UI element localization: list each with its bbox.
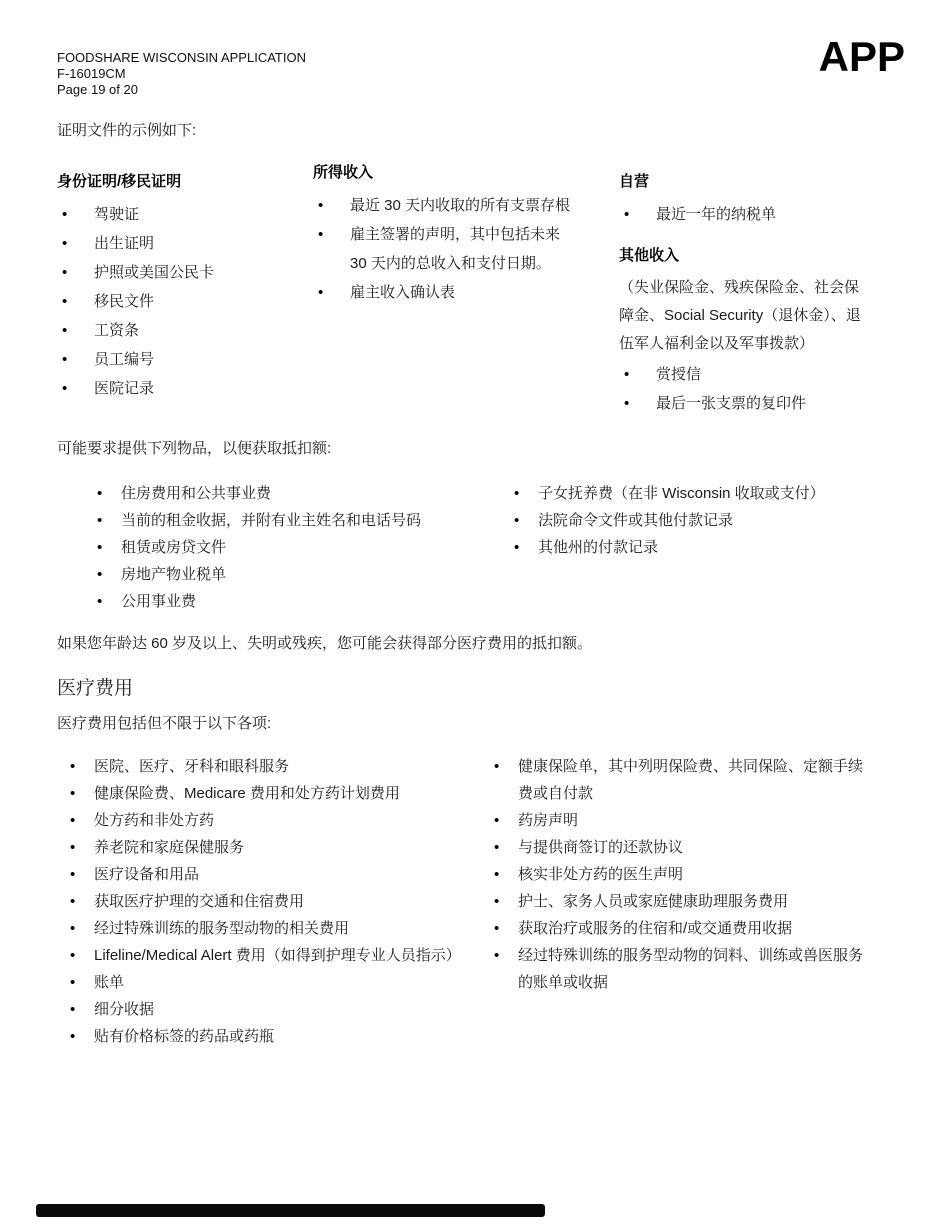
bullet-icon: • [68,996,94,1023]
bullet-icon: • [619,360,656,389]
list-item: •Lifeline/Medical Alert 费用（如得到护理专业人员指示） [68,942,492,969]
bullet-icon: • [95,480,121,507]
app-corner-mark: APP [819,36,905,78]
bullet-icon: • [68,888,94,915]
list-item: •经过特殊训练的服务型动物的饲料、训练或兽医服务 的账单或收据 [492,942,895,996]
medical-right-column: •健康保险单，其中列明保险费、共同保险、定额手续 费或自付款 •药房声明 •与提… [492,753,905,1050]
proof-intro: 证明文件的示例如下: [57,120,905,142]
bullet-icon: • [68,942,94,969]
bullet-icon: • [492,807,518,834]
bullet-icon: • [313,220,350,249]
identity-proof-list: •驾驶证 •出生证明 •护照或美国公民卡 •移民文件 •工资条 •员工编号 •医… [57,200,313,403]
page-content: FOODSHARE WISCONSIN APPLICATION F-16019C… [0,0,950,1050]
list-item: •公用事业费 [95,588,512,615]
list-item: •驾驶证 [57,200,313,229]
form-number: F-16019CM [57,66,905,82]
self-employment-title: 自营 [619,171,905,193]
bullet-icon: • [619,200,656,229]
medical-right-list: •健康保险单，其中列明保险费、共同保险、定额手续 费或自付款 •药房声明 •与提… [492,753,895,996]
list-item: •法院命令文件或其他付款记录 [512,507,905,534]
bullet-icon: • [313,278,350,307]
deductions-columns: •住房费用和公共事业费 •当前的租金收据，并附有业主姓名和电话号码 •租赁或房贷… [57,480,905,615]
list-item: •最近一年的纳税单 [619,200,905,229]
proof-columns: 身份证明/移民证明 •驾驶证 •出生证明 •护照或美国公民卡 •移民文件 •工资… [57,162,905,418]
bullet-icon: • [68,1023,94,1050]
bullet-icon: • [313,191,350,220]
bullet-icon: • [492,888,518,915]
bullet-icon: • [68,753,94,780]
list-item: •其他州的付款记录 [512,534,905,561]
deductions-left-column: •住房费用和公共事业费 •当前的租金收据，并附有业主姓名和电话号码 •租赁或房贷… [57,480,512,615]
age-disability-note: 如果您年龄达 60 岁及以上、失明或残疾，您可能会获得部分医疗费用的抵扣额。 [57,633,905,655]
list-item: •雇主签署的声明，其中包括未来 30 天内的总收入和支付日期。 [313,220,619,278]
bullet-icon: • [512,507,538,534]
deductions-right-list: •子女抚养费（在非 Wisconsin 收取或支付） •法院命令文件或其他付款记… [512,480,905,561]
list-item: •获取治疗或服务的住宿和/或交通费用收据 [492,915,895,942]
deductions-left-list: •住房费用和公共事业费 •当前的租金收据，并附有业主姓名和电话号码 •租赁或房贷… [95,480,512,615]
list-item: •健康保险费、Medicare 费用和处方药计划费用 [68,780,492,807]
other-income-list: •赏授信 •最后一张支票的复印件 [619,360,905,418]
list-item: •雇主收入确认表 [313,278,619,307]
list-item: •工资条 [57,316,313,345]
list-item: •医院记录 [57,374,313,403]
bullet-icon: • [95,507,121,534]
earned-income-title: 所得收入 [313,162,619,184]
bullet-icon: • [57,345,94,374]
list-item: •最近 30 天内收取的所有支票存根 [313,191,619,220]
bullet-icon: • [95,534,121,561]
list-item: •当前的租金收据，并附有业主姓名和电话号码 [95,507,512,534]
bullet-icon: • [619,389,656,418]
document-header: FOODSHARE WISCONSIN APPLICATION F-16019C… [57,50,905,98]
deductions-intro: 可能要求提供下列物品，以便获取抵扣额: [57,438,905,460]
list-item: •经过特殊训练的服务型动物的相关费用 [68,915,492,942]
earned-income-column: 所得收入 •最近 30 天内收取的所有支票存根 •雇主签署的声明，其中包括未来 … [313,162,619,418]
bullet-icon: • [57,374,94,403]
self-employment-list: •最近一年的纳税单 [619,200,905,229]
medical-left-list: •医院、医疗、牙科和眼科服务 •健康保险费、Medicare 费用和处方药计划费… [68,753,492,1050]
list-item: •出生证明 [57,229,313,258]
list-item: •核实非处方药的医生声明 [492,861,895,888]
list-item: •养老院和家庭保健服务 [68,834,492,861]
bullet-icon: • [95,561,121,588]
bullet-icon: • [57,287,94,316]
identity-proof-title: 身份证明/移民证明 [57,171,313,193]
list-item: •获取医疗护理的交通和住宿费用 [68,888,492,915]
list-item: •赏授信 [619,360,905,389]
bullet-icon: • [512,480,538,507]
scan-artifact-bar [36,1204,545,1217]
other-income-note: （失业保险金、残疾保险金、社会保 障金、Social Security（退休金）… [619,274,905,358]
bullet-icon: • [68,780,94,807]
list-item: •贴有价格标签的药品或药瓶 [68,1023,492,1050]
bullet-icon: • [57,316,94,345]
list-item: •房地产物业税单 [95,561,512,588]
list-item: •子女抚养费（在非 Wisconsin 收取或支付） [512,480,905,507]
list-item: •处方药和非处方药 [68,807,492,834]
list-item: •护士、家务人员或家庭健康助理服务费用 [492,888,895,915]
identity-proof-column: 身份证明/移民证明 •驾驶证 •出生证明 •护照或美国公民卡 •移民文件 •工资… [57,162,313,418]
list-item: •细分收据 [68,996,492,1023]
list-item: •药房声明 [492,807,895,834]
list-item: •账单 [68,969,492,996]
bullet-icon: • [57,200,94,229]
bullet-icon: • [95,588,121,615]
list-item: •护照或美国公民卡 [57,258,313,287]
bullet-icon: • [492,753,518,780]
application-title: FOODSHARE WISCONSIN APPLICATION [57,50,905,66]
list-item: •租赁或房贷文件 [95,534,512,561]
document-page: FOODSHARE WISCONSIN APPLICATION F-16019C… [0,0,950,1230]
earned-income-list: •最近 30 天内收取的所有支票存根 •雇主签署的声明，其中包括未来 30 天内… [313,191,619,307]
medical-expenses-heading: 医疗费用 [57,677,905,701]
list-item: •医院、医疗、牙科和眼科服务 [68,753,492,780]
self-employment-column: 自营 •最近一年的纳税单 其他收入 （失业保险金、残疾保险金、社会保 障金、So… [619,162,905,418]
list-item: •移民文件 [57,287,313,316]
bullet-icon: • [492,834,518,861]
medical-left-column: •医院、医疗、牙科和眼科服务 •健康保险费、Medicare 费用和处方药计划费… [57,753,492,1050]
medical-expenses-intro: 医疗费用包括但不限于以下各项: [57,713,905,735]
page-number: Page 19 of 20 [57,82,905,98]
medical-columns: •医院、医疗、牙科和眼科服务 •健康保险费、Medicare 费用和处方药计划费… [57,753,905,1050]
other-income-title: 其他收入 [619,245,905,267]
list-item: •员工编号 [57,345,313,374]
bullet-icon: • [68,915,94,942]
list-item: •最后一张支票的复印件 [619,389,905,418]
bullet-icon: • [57,229,94,258]
bullet-icon: • [492,861,518,888]
list-item: •住房费用和公共事业费 [95,480,512,507]
deductions-right-column: •子女抚养费（在非 Wisconsin 收取或支付） •法院命令文件或其他付款记… [512,480,905,615]
bullet-icon: • [68,861,94,888]
bullet-icon: • [68,969,94,996]
bullet-icon: • [492,915,518,942]
bullet-icon: • [492,942,518,969]
bullet-icon: • [512,534,538,561]
bullet-icon: • [57,258,94,287]
bullet-icon: • [68,807,94,834]
list-item: •健康保险单，其中列明保险费、共同保险、定额手续 费或自付款 [492,753,895,807]
bullet-icon: • [68,834,94,861]
list-item: •医疗设备和用品 [68,861,492,888]
list-item: •与提供商签订的还款协议 [492,834,895,861]
